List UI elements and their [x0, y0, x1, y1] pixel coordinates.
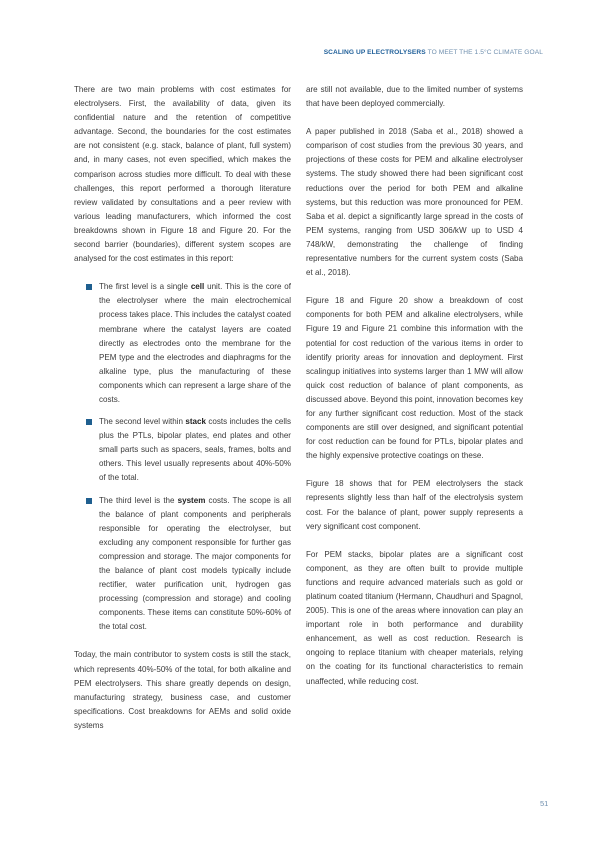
list-item-system-level: The third level is the system costs. The…: [74, 494, 291, 635]
left-column: There are two main problems with cost es…: [74, 83, 291, 747]
scope-levels-list: The first level is a single cell unit. T…: [74, 280, 291, 634]
closing-paragraph: Today, the main contributor to system co…: [74, 648, 291, 733]
running-header-strong: SCALING UP ELECTROLYSERS: [324, 49, 426, 56]
paragraph-figure-18: Figure 18 shows that for PEM electrolyse…: [306, 477, 523, 533]
term-system: system: [178, 496, 206, 505]
paragraph-continuation: are still not available, due to the limi…: [306, 83, 523, 111]
page-number: 51: [540, 799, 548, 808]
paragraph-figures-breakdown: Figure 18 and Figure 20 show a breakdown…: [306, 294, 523, 463]
running-header: SCALING UP ELECTROLYSERS TO MEET THE 1.5…: [324, 49, 543, 56]
term-cell: cell: [191, 282, 204, 291]
paragraph-bipolar-plates: For PEM stacks, bipolar plates are a sig…: [306, 548, 523, 689]
square-bullet-icon: [86, 419, 92, 425]
running-header-rest: TO MEET THE 1.5°C CLIMATE GOAL: [426, 49, 543, 56]
paragraph-saba-study: A paper published in 2018 (Saba et al., …: [306, 125, 523, 280]
intro-paragraph: There are two main problems with cost es…: [74, 83, 291, 266]
right-column: are still not available, due to the limi…: [306, 83, 523, 703]
term-stack: stack: [185, 417, 206, 426]
square-bullet-icon: [86, 284, 92, 290]
square-bullet-icon: [86, 498, 92, 504]
list-item-cell-level: The first level is a single cell unit. T…: [74, 280, 291, 407]
list-item-stack-level: The second level within stack costs incl…: [74, 415, 291, 485]
